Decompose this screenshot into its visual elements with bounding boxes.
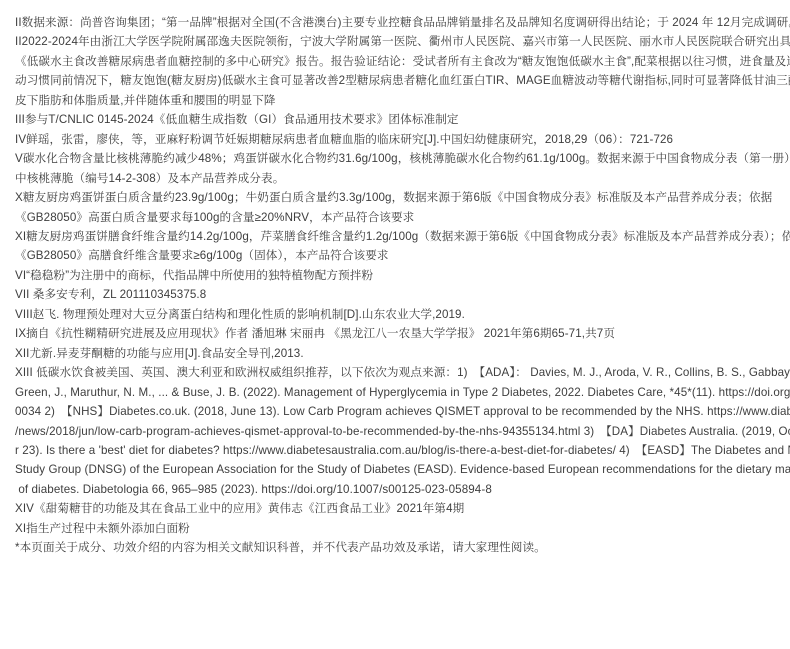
footnote-line-4: 动习惯同前情况下，糖友饱饱(糖友厨房)低碳水主食可显著改善2型糖尿病患者糖化血红… xyxy=(15,71,782,90)
footnote-line-19: XIII 低碳水饮食被美国、英国、澳大利亚和欧洲权威组织推荐，以下依次为观点来源… xyxy=(15,363,782,382)
footnote-line-27: XI指生产过程中未额外添加白面粉 xyxy=(15,519,782,538)
footnote-line-12: XI糖友厨房鸡蛋饼膳食纤维含量约14.2g/100g，芹菜膳食纤维含量约1.2g… xyxy=(15,227,782,246)
footnote-line-7: IV鲜瑶，张雷，廖侠，等，亚麻籽粉调节妊娠期糖尿病患者血糖血脂的临床研究[J].… xyxy=(15,130,782,149)
footnotes-page: II数据来源：尚普咨询集团；“第一品牌”根据对全国(不含港澳台)主要专业控糖食品… xyxy=(0,0,790,558)
footnote-line-23: r 23). Is there a 'best' diet for diabet… xyxy=(15,441,782,460)
disclaimer-line: *本页面关于成分、功效介绍的内容为相关文献知识科普，并不代表产品功效及承诺，请大… xyxy=(15,538,782,557)
footnote-line-22: /news/2018/jun/low-carb-program-achieves… xyxy=(15,422,782,441)
footnote-line-16: VIII赵飞. 物理预处理对大豆分离蛋白结构和理化性质的影响机制[D].山东农业… xyxy=(15,305,782,324)
footnote-line-3: 《低碳水主食改善糖尿病患者血糖控制的多中心研究》报告。报告验证结论：受试者所有主… xyxy=(15,52,782,71)
footnote-line-5: 皮下脂肪和体脂质量,并伴随体重和腰围的明显下降 xyxy=(15,91,782,110)
footnote-line-13: 《GB28050》高膳食纤维含量要求≥6g/100g（固体），本产品符合该要求 xyxy=(15,246,782,265)
footnote-line-14: VI“稳稳粉”为注册中的商标，代指品牌中所使用的独特植物配方预拌粉 xyxy=(15,266,782,285)
footnote-line-2: II2022-2024年由浙江大学医学院附属邵逸夫医院领衔，宁波大学附属第一医院… xyxy=(15,32,782,51)
footnote-line-11: 《GB28050》高蛋白质含量要求每100g的含量≥20%NRV，本产品符合该要… xyxy=(15,208,782,227)
footnote-line-15: VII 桑多安专利，ZL 201110345375.8 xyxy=(15,285,782,304)
footnote-line-24: Study Group (DNSG) of the European Assoc… xyxy=(15,460,782,479)
footnote-line-21: 0034 2) 【NHS】Diabetes.co.uk. (2018, June… xyxy=(15,402,782,421)
footnote-line-8: V碳水化合物含量比核桃薄脆约减少48%；鸡蛋饼碳水化合物约31.6g/100g，… xyxy=(15,149,782,168)
footnote-line-6: III参与T/CNLIC 0145-2024《低血糖生成指数（GI）食品通用技术… xyxy=(15,110,782,129)
footnote-line-18: XII尤新.异麦芽酮糖的功能与应用[J].食品安全导刊,2013. xyxy=(15,344,782,363)
footnote-line-1: II数据来源：尚普咨询集团；“第一品牌”根据对全国(不含港澳台)主要专业控糖食品… xyxy=(15,13,782,32)
footnote-line-17: IX摘自《抗性糊精研究进展及应用现状》作者 潘旭琳 宋丽冉 《黑龙江八一农垦大学… xyxy=(15,324,782,343)
footnote-line-20: Green, J., Maruthur, N. M., ... & Buse, … xyxy=(15,383,782,402)
footnote-line-10: X糖友厨房鸡蛋饼蛋白质含量约23.9g/100g；牛奶蛋白质含量约3.3g/10… xyxy=(15,188,782,207)
footnote-line-25: of diabetes. Diabetologia 66, 965–985 (2… xyxy=(15,480,782,499)
footnote-line-26: XIV《甜菊糖苷的功能及其在食品工业中的应用》黄伟志《江西食品工业》2021年第… xyxy=(15,499,782,518)
footnote-line-9: 中核桃薄脆（编号14-2-308）及本产品营养成分表。 xyxy=(15,169,782,188)
